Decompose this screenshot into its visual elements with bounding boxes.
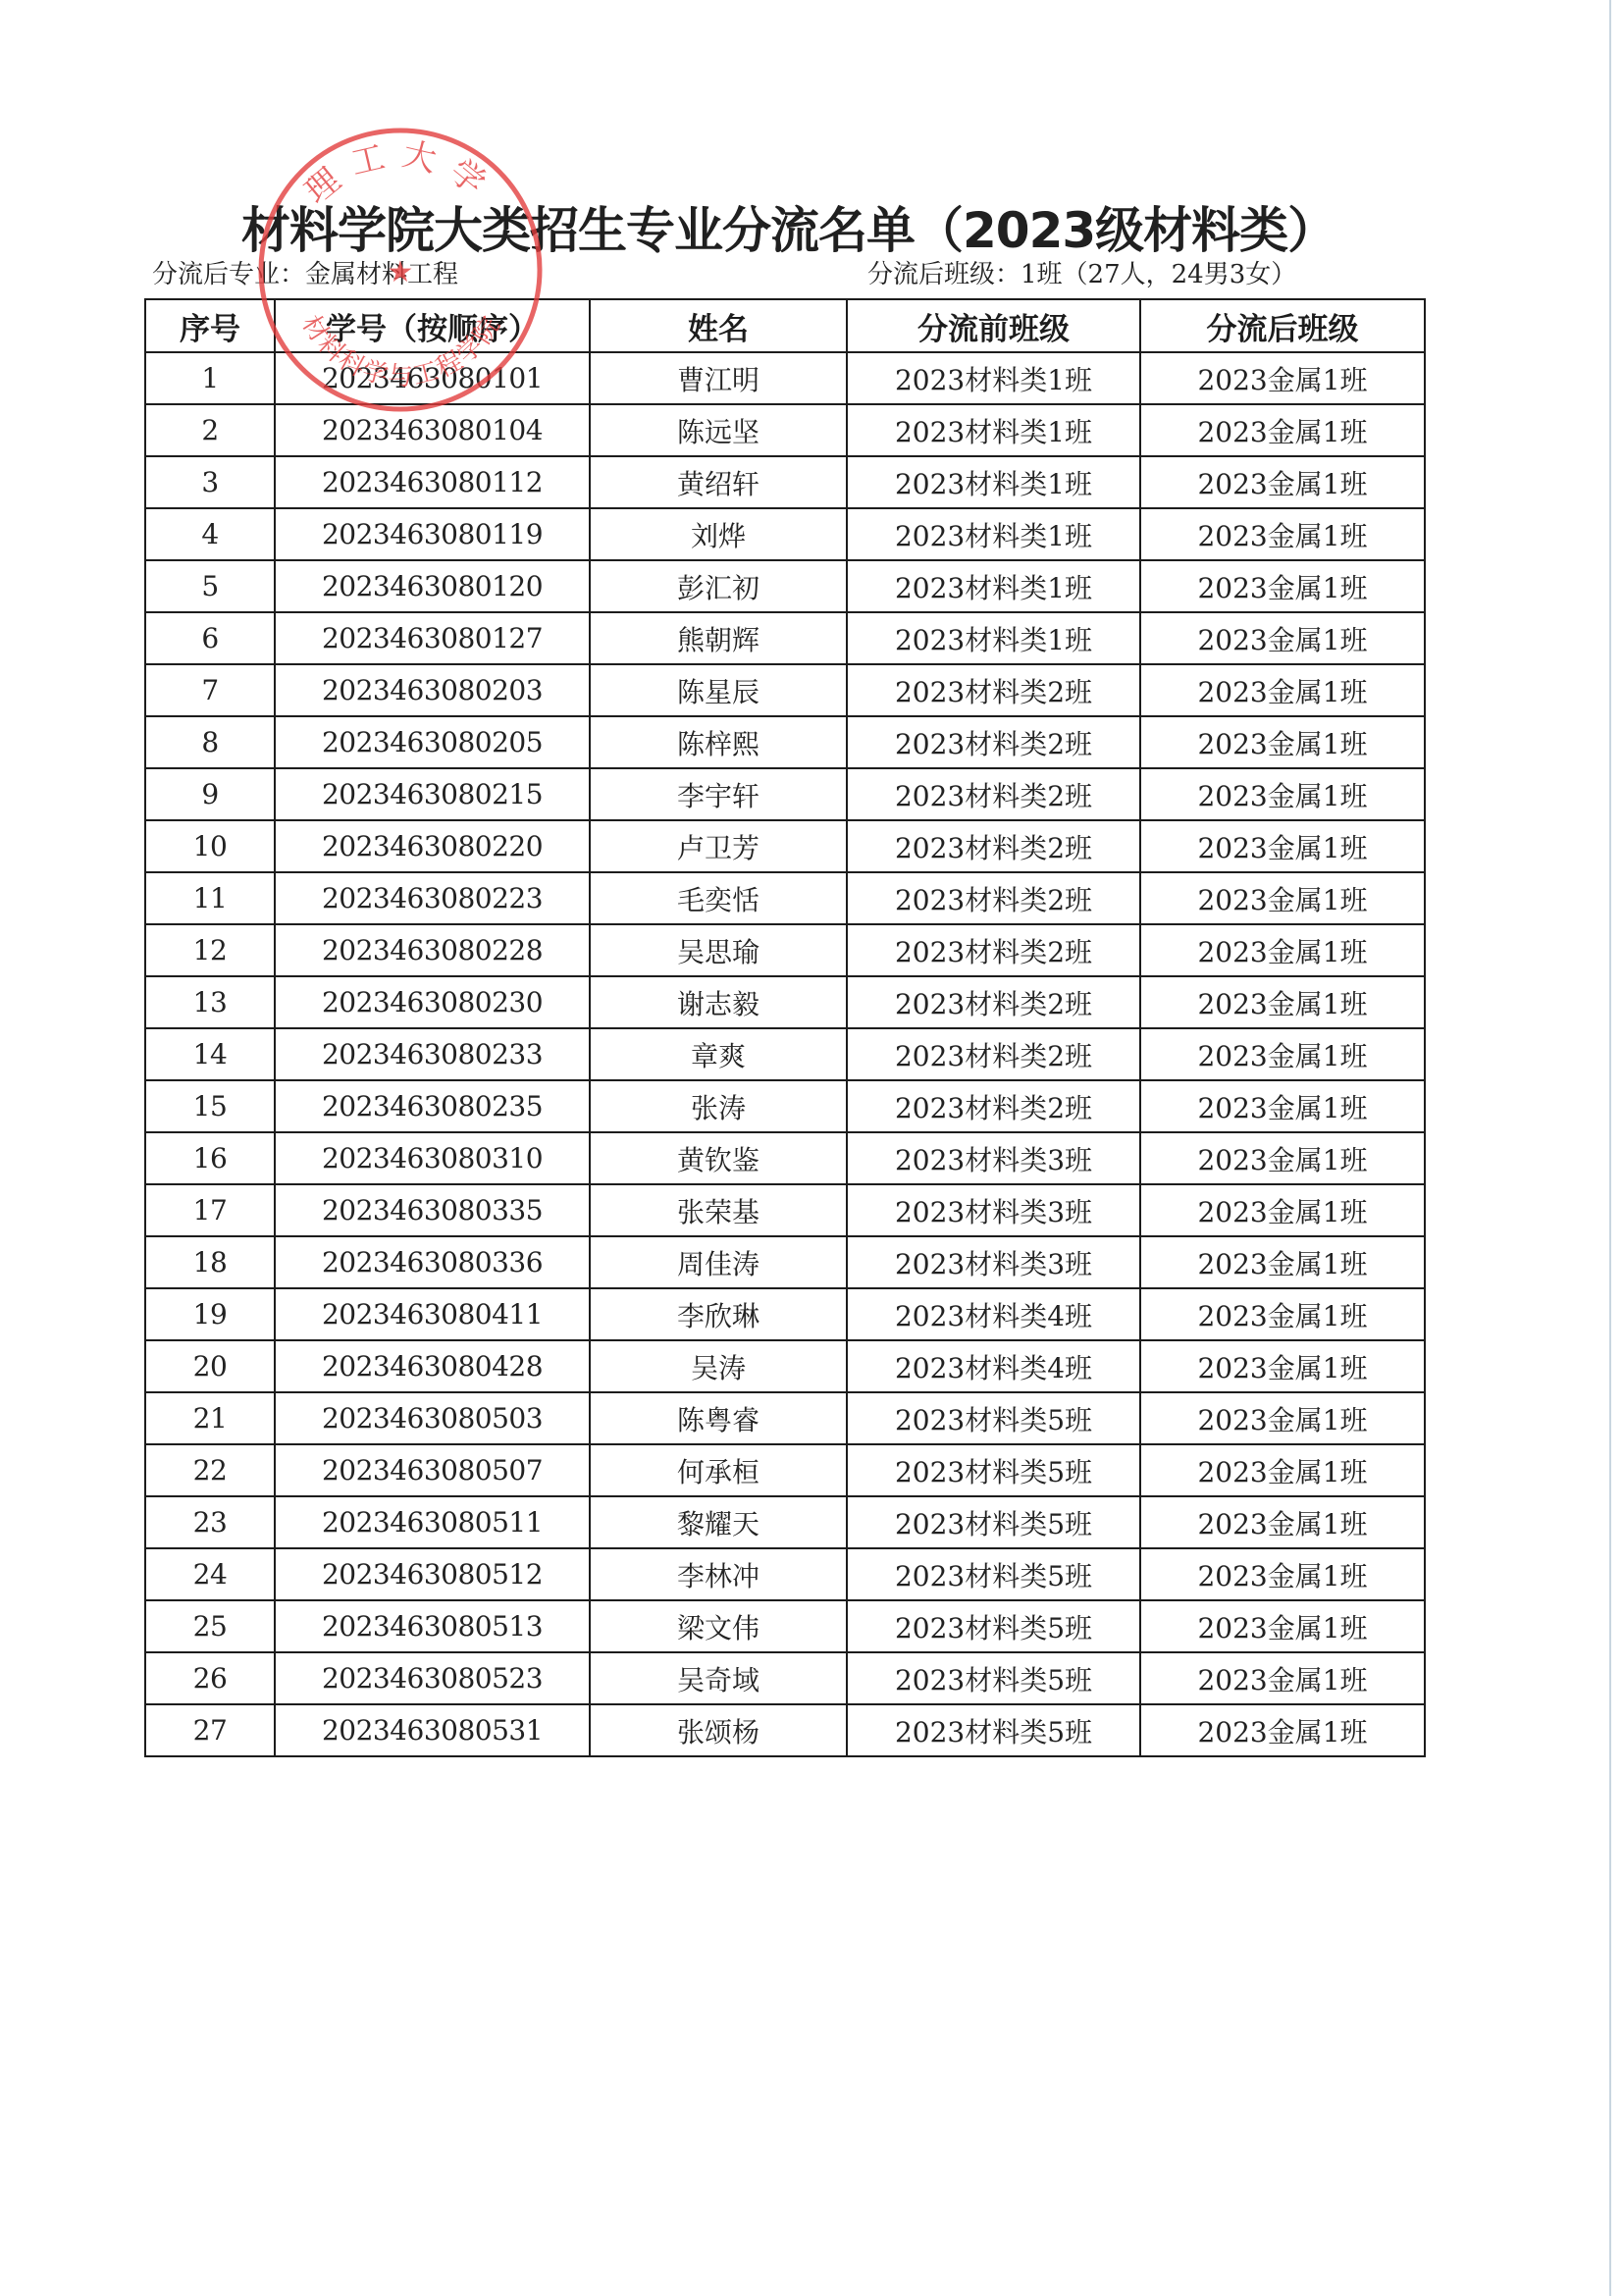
cell-class-before: 2023材料类5班	[847, 1548, 1140, 1600]
cell-class-before: 2023材料类4班	[847, 1340, 1140, 1392]
cell-seq: 6	[145, 612, 275, 664]
cell-student-id: 2023463080523	[275, 1652, 590, 1704]
cell-student-id: 2023463080120	[275, 560, 590, 612]
header-seq: 序号	[145, 299, 275, 352]
table-row: 142023463080233章爽2023材料类2班2023金属1班	[145, 1028, 1425, 1080]
cell-class-before: 2023材料类5班	[847, 1652, 1140, 1704]
cell-name: 刘烨	[590, 508, 847, 560]
cell-name: 卢卫芳	[590, 820, 847, 872]
cell-class-before: 2023材料类1班	[847, 404, 1140, 456]
cell-class-before: 2023材料类5班	[847, 1496, 1140, 1548]
cell-class-after: 2023金属1班	[1140, 1184, 1425, 1236]
cell-class-after: 2023金属1班	[1140, 820, 1425, 872]
cell-seq: 9	[145, 768, 275, 820]
cell-seq: 21	[145, 1392, 275, 1444]
cell-seq: 11	[145, 872, 275, 924]
cell-name: 张荣基	[590, 1184, 847, 1236]
header-class-before: 分流前班级	[847, 299, 1140, 352]
cell-class-after: 2023金属1班	[1140, 352, 1425, 404]
table-row: 32023463080112黄绍轩2023材料类1班2023金属1班	[145, 456, 1425, 508]
cell-class-before: 2023材料类1班	[847, 560, 1140, 612]
cell-class-before: 2023材料类2班	[847, 716, 1140, 768]
cell-class-before: 2023材料类5班	[847, 1600, 1140, 1652]
cell-class-before: 2023材料类2班	[847, 924, 1140, 976]
cell-seq: 23	[145, 1496, 275, 1548]
cell-name: 黄钦鉴	[590, 1132, 847, 1184]
cell-name: 曹江明	[590, 352, 847, 404]
cell-class-after: 2023金属1班	[1140, 1496, 1425, 1548]
table-row: 52023463080120彭汇初2023材料类1班2023金属1班	[145, 560, 1425, 612]
cell-student-id: 2023463080205	[275, 716, 590, 768]
cell-name: 熊朝辉	[590, 612, 847, 664]
header-student-id: 学号（按顺序）	[275, 299, 590, 352]
cell-seq: 22	[145, 1444, 275, 1496]
cell-class-before: 2023材料类5班	[847, 1444, 1140, 1496]
table-row: 192023463080411李欣琳2023材料类4班2023金属1班	[145, 1288, 1425, 1340]
cell-name: 梁文伟	[590, 1600, 847, 1652]
table-row: 252023463080513梁文伟2023材料类5班2023金属1班	[145, 1600, 1425, 1652]
cell-name: 李林冲	[590, 1548, 847, 1600]
cell-name: 李欣琳	[590, 1288, 847, 1340]
cell-seq: 17	[145, 1184, 275, 1236]
table-row: 182023463080336周佳涛2023材料类3班2023金属1班	[145, 1236, 1425, 1288]
cell-class-before: 2023材料类2班	[847, 664, 1140, 716]
cell-name: 毛奕恬	[590, 872, 847, 924]
cell-name: 吴思瑜	[590, 924, 847, 976]
cell-class-after: 2023金属1班	[1140, 716, 1425, 768]
cell-name: 黄绍轩	[590, 456, 847, 508]
cell-name: 张颂杨	[590, 1704, 847, 1756]
major-info: 分流后专业：金属材料工程	[152, 257, 458, 292]
table-row: 152023463080235张涛2023材料类2班2023金属1班	[145, 1080, 1425, 1132]
class-info: 分流后班级：1班（27人，24男3女）	[867, 257, 1296, 292]
cell-student-id: 2023463080223	[275, 872, 590, 924]
cell-seq: 25	[145, 1600, 275, 1652]
cell-seq: 20	[145, 1340, 275, 1392]
cell-seq: 13	[145, 976, 275, 1028]
cell-student-id: 2023463080428	[275, 1340, 590, 1392]
cell-name: 何承桓	[590, 1444, 847, 1496]
table-row: 132023463080230谢志毅2023材料类2班2023金属1班	[145, 976, 1425, 1028]
cell-student-id: 2023463080228	[275, 924, 590, 976]
cell-student-id: 2023463080511	[275, 1496, 590, 1548]
cell-class-after: 2023金属1班	[1140, 1444, 1425, 1496]
cell-class-before: 2023材料类4班	[847, 1288, 1140, 1340]
cell-student-id: 2023463080507	[275, 1444, 590, 1496]
cell-class-after: 2023金属1班	[1140, 456, 1425, 508]
cell-name: 陈星辰	[590, 664, 847, 716]
cell-class-before: 2023材料类3班	[847, 1236, 1140, 1288]
cell-class-before: 2023材料类5班	[847, 1392, 1140, 1444]
cell-class-after: 2023金属1班	[1140, 1080, 1425, 1132]
cell-student-id: 2023463080336	[275, 1236, 590, 1288]
cell-student-id: 2023463080411	[275, 1288, 590, 1340]
cell-seq: 18	[145, 1236, 275, 1288]
cell-class-after: 2023金属1班	[1140, 768, 1425, 820]
class-value: 1班（27人，24男3女）	[1021, 260, 1296, 289]
table-header-row: 序号 学号（按顺序） 姓名 分流前班级 分流后班级	[145, 299, 1425, 352]
table-row: 62023463080127熊朝辉2023材料类1班2023金属1班	[145, 612, 1425, 664]
table-row: 262023463080523吴奇域2023材料类5班2023金属1班	[145, 1652, 1425, 1704]
cell-seq: 3	[145, 456, 275, 508]
cell-student-id: 2023463080127	[275, 612, 590, 664]
cell-class-after: 2023金属1班	[1140, 1652, 1425, 1704]
cell-student-id: 2023463080230	[275, 976, 590, 1028]
table-row: 102023463080220卢卫芳2023材料类2班2023金属1班	[145, 820, 1425, 872]
cell-class-before: 2023材料类3班	[847, 1132, 1140, 1184]
cell-name: 陈梓熙	[590, 716, 847, 768]
cell-name: 张涛	[590, 1080, 847, 1132]
table-row: 72023463080203陈星辰2023材料类2班2023金属1班	[145, 664, 1425, 716]
cell-class-after: 2023金属1班	[1140, 404, 1425, 456]
cell-name: 陈远坚	[590, 404, 847, 456]
cell-class-before: 2023材料类2班	[847, 872, 1140, 924]
table-row: 162023463080310黄钦鉴2023材料类3班2023金属1班	[145, 1132, 1425, 1184]
cell-name: 彭汇初	[590, 560, 847, 612]
cell-student-id: 2023463080310	[275, 1132, 590, 1184]
cell-student-id: 2023463080215	[275, 768, 590, 820]
cell-student-id: 2023463080112	[275, 456, 590, 508]
cell-name: 黎耀天	[590, 1496, 847, 1548]
table-row: 22023463080104陈远坚2023材料类1班2023金属1班	[145, 404, 1425, 456]
cell-student-id: 2023463080235	[275, 1080, 590, 1132]
cell-seq: 16	[145, 1132, 275, 1184]
major-label: 分流后专业：	[152, 260, 305, 289]
cell-seq: 2	[145, 404, 275, 456]
cell-class-after: 2023金属1班	[1140, 976, 1425, 1028]
cell-class-before: 2023材料类1班	[847, 612, 1140, 664]
cell-class-before: 2023材料类1班	[847, 508, 1140, 560]
cell-seq: 10	[145, 820, 275, 872]
scan-edge-line	[1609, 0, 1611, 2296]
cell-seq: 19	[145, 1288, 275, 1340]
cell-seq: 7	[145, 664, 275, 716]
cell-name: 陈粤睿	[590, 1392, 847, 1444]
cell-class-after: 2023金属1班	[1140, 924, 1425, 976]
cell-class-after: 2023金属1班	[1140, 1392, 1425, 1444]
cell-class-after: 2023金属1班	[1140, 1704, 1425, 1756]
cell-name: 谢志毅	[590, 976, 847, 1028]
table-row: 172023463080335张荣基2023材料类3班2023金属1班	[145, 1184, 1425, 1236]
cell-student-id: 2023463080101	[275, 352, 590, 404]
cell-class-after: 2023金属1班	[1140, 1548, 1425, 1600]
cell-seq: 8	[145, 716, 275, 768]
document-title: 材料学院大类招生专业分流名单（2023级材料类）	[241, 198, 1321, 263]
table-row: 272023463080531张颂杨2023材料类5班2023金属1班	[145, 1704, 1425, 1756]
table-row: 12023463080101曹江明2023材料类1班2023金属1班	[145, 352, 1425, 404]
table-row: 92023463080215李宇轩2023材料类2班2023金属1班	[145, 768, 1425, 820]
table-row: 82023463080205陈梓熙2023材料类2班2023金属1班	[145, 716, 1425, 768]
cell-student-id: 2023463080513	[275, 1600, 590, 1652]
cell-name: 章爽	[590, 1028, 847, 1080]
cell-student-id: 2023463080233	[275, 1028, 590, 1080]
cell-class-after: 2023金属1班	[1140, 1028, 1425, 1080]
table-row: 112023463080223毛奕恬2023材料类2班2023金属1班	[145, 872, 1425, 924]
class-label: 分流后班级：	[867, 260, 1021, 289]
major-value: 金属材料工程	[305, 260, 458, 289]
cell-class-before: 2023材料类2班	[847, 768, 1140, 820]
cell-class-after: 2023金属1班	[1140, 612, 1425, 664]
cell-class-before: 2023材料类2班	[847, 820, 1140, 872]
cell-seq: 26	[145, 1652, 275, 1704]
cell-student-id: 2023463080104	[275, 404, 590, 456]
cell-seq: 1	[145, 352, 275, 404]
cell-class-after: 2023金属1班	[1140, 872, 1425, 924]
cell-student-id: 2023463080335	[275, 1184, 590, 1236]
cell-seq: 5	[145, 560, 275, 612]
cell-class-after: 2023金属1班	[1140, 508, 1425, 560]
cell-seq: 12	[145, 924, 275, 976]
table-row: 202023463080428吴涛2023材料类4班2023金属1班	[145, 1340, 1425, 1392]
student-roster-table: 序号 学号（按顺序） 姓名 分流前班级 分流后班级 12023463080101…	[144, 298, 1426, 1757]
table-row: 222023463080507何承桓2023材料类5班2023金属1班	[145, 1444, 1425, 1496]
cell-name: 吴涛	[590, 1340, 847, 1392]
cell-class-after: 2023金属1班	[1140, 664, 1425, 716]
cell-student-id: 2023463080512	[275, 1548, 590, 1600]
cell-class-after: 2023金属1班	[1140, 1340, 1425, 1392]
cell-class-before: 2023材料类2班	[847, 1080, 1140, 1132]
cell-class-after: 2023金属1班	[1140, 1288, 1425, 1340]
cell-seq: 14	[145, 1028, 275, 1080]
table-row: 212023463080503陈粤睿2023材料类5班2023金属1班	[145, 1392, 1425, 1444]
table-row: 242023463080512李林冲2023材料类5班2023金属1班	[145, 1548, 1425, 1600]
table-row: 42023463080119刘烨2023材料类1班2023金属1班	[145, 508, 1425, 560]
cell-class-before: 2023材料类5班	[847, 1704, 1140, 1756]
cell-student-id: 2023463080220	[275, 820, 590, 872]
cell-class-before: 2023材料类1班	[847, 352, 1140, 404]
cell-class-before: 2023材料类2班	[847, 1028, 1140, 1080]
cell-class-before: 2023材料类1班	[847, 456, 1140, 508]
cell-seq: 24	[145, 1548, 275, 1600]
cell-seq: 15	[145, 1080, 275, 1132]
cell-class-after: 2023金属1班	[1140, 1236, 1425, 1288]
cell-class-after: 2023金属1班	[1140, 1132, 1425, 1184]
header-name: 姓名	[590, 299, 847, 352]
table-row: 122023463080228吴思瑜2023材料类2班2023金属1班	[145, 924, 1425, 976]
table-body: 12023463080101曹江明2023材料类1班2023金属1班220234…	[145, 352, 1425, 1756]
cell-name: 周佳涛	[590, 1236, 847, 1288]
cell-student-id: 2023463080503	[275, 1392, 590, 1444]
cell-student-id: 2023463080119	[275, 508, 590, 560]
cell-student-id: 2023463080203	[275, 664, 590, 716]
cell-seq: 27	[145, 1704, 275, 1756]
cell-class-before: 2023材料类2班	[847, 976, 1140, 1028]
cell-class-after: 2023金属1班	[1140, 1600, 1425, 1652]
cell-name: 李宇轩	[590, 768, 847, 820]
cell-name: 吴奇域	[590, 1652, 847, 1704]
table-row: 232023463080511黎耀天2023材料类5班2023金属1班	[145, 1496, 1425, 1548]
cell-seq: 4	[145, 508, 275, 560]
header-class-after: 分流后班级	[1140, 299, 1425, 352]
cell-student-id: 2023463080531	[275, 1704, 590, 1756]
cell-class-before: 2023材料类3班	[847, 1184, 1140, 1236]
cell-class-after: 2023金属1班	[1140, 560, 1425, 612]
